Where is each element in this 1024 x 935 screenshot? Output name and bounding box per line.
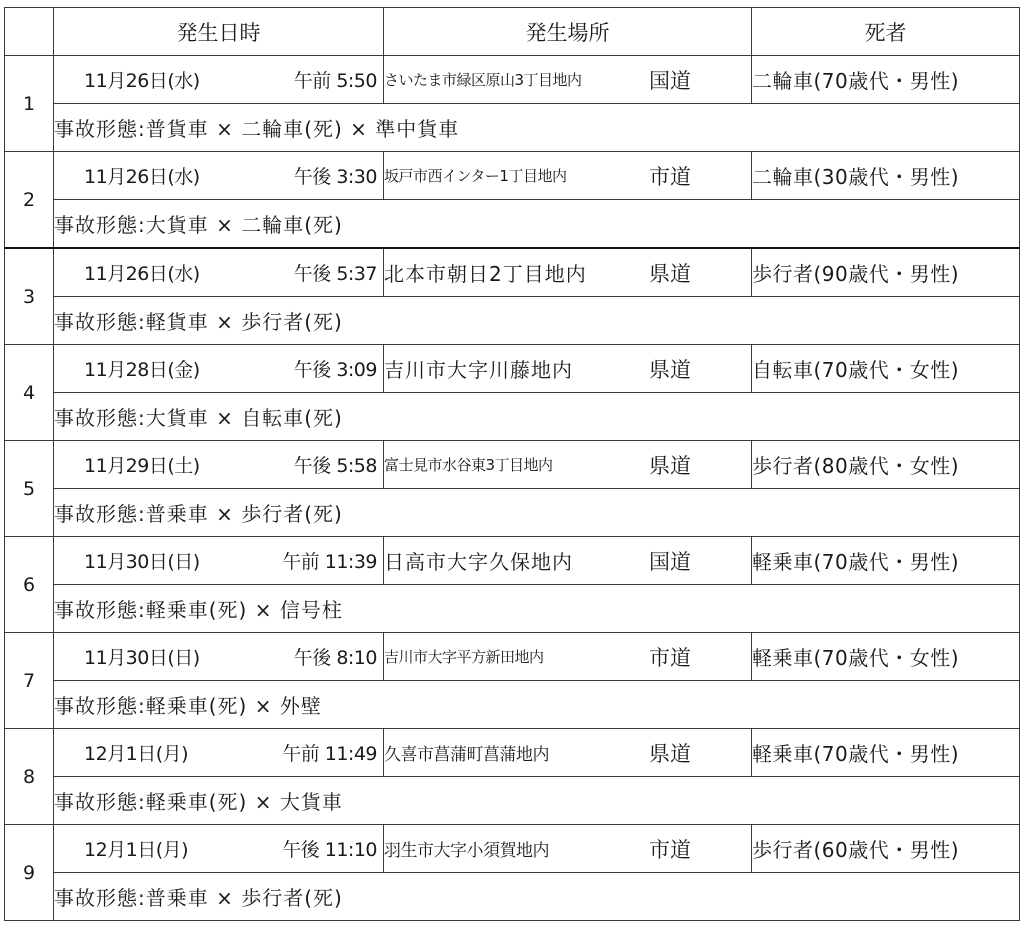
location-cell: 吉川市大字川藤地内県道 <box>384 345 752 393</box>
row-number: 7 <box>5 633 54 729</box>
accident-type: 事故形態:軽乗車(死) × 外壁 <box>54 681 1020 729</box>
accident-type-row: 事故形態:普乗車 × 歩行者(死) <box>5 489 1020 537</box>
accident-type-row: 事故形態:軽乗車(死) × 信号柱 <box>5 585 1020 633</box>
victim-cell: 二輪車(70歳代・男性) <box>752 56 1020 104</box>
road-type: 県道 <box>649 258 691 288</box>
road-type: 市道 <box>649 161 691 191</box>
accident-type: 事故形態:軽貨車 × 歩行者(死) <box>54 297 1020 345</box>
time: 午後 8:10 <box>294 643 377 670</box>
table-row: 9 12月1日(月)午後 11:10 羽生市大字小須賀地内市道 歩行者(60歳代… <box>5 825 1020 873</box>
table-row: 1 11月26日(水)午前 5:50 さいたま市緑区原山3丁目地内国道 二輪車(… <box>5 56 1020 104</box>
location-cell: 久喜市菖蒲町菖蒲地内県道 <box>384 729 752 777</box>
road-type: 国道 <box>649 546 691 576</box>
row-number: 5 <box>5 441 54 537</box>
row-number: 4 <box>5 345 54 441</box>
victim-cell: 歩行者(80歳代・女性) <box>752 441 1020 489</box>
victim-cell: 歩行者(60歳代・男性) <box>752 825 1020 873</box>
date: 12月1日(月) <box>84 835 188 862</box>
table-row: 5 11月29日(土)午後 5:58 富士見市水谷東3丁目地内県道 歩行者(80… <box>5 441 1020 489</box>
row-number: 1 <box>5 56 54 152</box>
accident-type-row: 事故形態:普貨車 × 二輪車(死) × 準中貨車 <box>5 104 1020 152</box>
date: 11月30日(日) <box>84 643 200 670</box>
accident-type-row: 事故形態:軽貨車 × 歩行者(死) <box>5 297 1020 345</box>
datetime-cell: 11月28日(金)午後 3:09 <box>54 345 384 393</box>
date: 11月26日(水) <box>84 66 200 93</box>
accident-type-row: 事故形態:軽乗車(死) × 大貨車 <box>5 777 1020 825</box>
place: 久喜市菖蒲町菖蒲地内 <box>384 740 549 765</box>
accident-type-row: 事故形態:大貨車 × 自転車(死) <box>5 393 1020 441</box>
datetime-cell: 12月1日(月)午前 11:49 <box>54 729 384 777</box>
table-row: 7 11月30日(日)午後 8:10 吉川市大字平方新田地内市道 軽乗車(70歳… <box>5 633 1020 681</box>
time: 午後 5:37 <box>294 259 377 286</box>
place: さいたま市緑区原山3丁目地内 <box>384 69 582 90</box>
date: 11月26日(水) <box>84 162 200 189</box>
place: 羽生市大字小須賀地内 <box>384 836 549 861</box>
row-number: 2 <box>5 152 54 249</box>
location-cell: 羽生市大字小須賀地内市道 <box>384 825 752 873</box>
road-type: 国道 <box>649 65 691 95</box>
date: 11月28日(金) <box>84 355 200 382</box>
time: 午後 5:58 <box>294 451 377 478</box>
incident-table: 発生日時 発生場所 死者 1 11月26日(水)午前 5:50 さいたま市緑区原… <box>4 7 1020 921</box>
table-row: 4 11月28日(金)午後 3:09 吉川市大字川藤地内県道 自転車(70歳代・… <box>5 345 1020 393</box>
victim-cell: 自転車(70歳代・女性) <box>752 345 1020 393</box>
header-datetime: 発生日時 <box>54 8 384 56</box>
time: 午前 5:50 <box>294 66 377 93</box>
location-cell: 日高市大字久保地内国道 <box>384 537 752 585</box>
row-number: 3 <box>5 248 54 345</box>
location-cell: 吉川市大字平方新田地内市道 <box>384 633 752 681</box>
datetime-cell: 11月30日(日)午前 11:39 <box>54 537 384 585</box>
date: 11月26日(水) <box>84 259 200 286</box>
time: 午前 11:39 <box>282 547 377 574</box>
place: 坂戸市西インター1丁目地内 <box>384 165 566 186</box>
table-row: 3 11月26日(水)午後 5:37 北本市朝日2丁目地内県道 歩行者(90歳代… <box>5 248 1020 297</box>
victim-cell: 歩行者(90歳代・男性) <box>752 248 1020 297</box>
accident-type: 事故形態:軽乗車(死) × 大貨車 <box>54 777 1020 825</box>
datetime-cell: 11月26日(水)午後 5:37 <box>54 248 384 297</box>
date: 11月29日(土) <box>84 451 200 478</box>
datetime-cell: 11月30日(日)午後 8:10 <box>54 633 384 681</box>
road-type: 市道 <box>649 642 691 672</box>
place: 日高市大字久保地内 <box>384 546 573 575</box>
road-type: 県道 <box>649 450 691 480</box>
accident-type: 事故形態:普乗車 × 歩行者(死) <box>54 489 1020 537</box>
place: 吉川市大字平方新田地内 <box>384 646 544 667</box>
table-header-row: 発生日時 発生場所 死者 <box>5 8 1020 56</box>
location-cell: 坂戸市西インター1丁目地内市道 <box>384 152 752 200</box>
datetime-cell: 11月26日(水)午前 5:50 <box>54 56 384 104</box>
datetime-cell: 11月29日(土)午後 5:58 <box>54 441 384 489</box>
header-no <box>5 8 54 56</box>
location-cell: 富士見市水谷東3丁目地内県道 <box>384 441 752 489</box>
date: 11月30日(日) <box>84 547 200 574</box>
row-number: 6 <box>5 537 54 633</box>
victim-cell: 軽乗車(70歳代・女性) <box>752 633 1020 681</box>
place: 富士見市水谷東3丁目地内 <box>384 454 553 475</box>
victim-cell: 軽乗車(70歳代・男性) <box>752 729 1020 777</box>
accident-type: 事故形態:大貨車 × 二輪車(死) <box>54 200 1020 249</box>
road-type: 県道 <box>649 738 691 768</box>
time: 午後 11:10 <box>282 835 377 862</box>
time: 午前 11:49 <box>282 739 377 766</box>
datetime-cell: 12月1日(月)午後 11:10 <box>54 825 384 873</box>
accident-type-row: 事故形態:軽乗車(死) × 外壁 <box>5 681 1020 729</box>
place: 北本市朝日2丁目地内 <box>384 258 587 287</box>
road-type: 県道 <box>649 354 691 384</box>
accident-type: 事故形態:軽乗車(死) × 信号柱 <box>54 585 1020 633</box>
accident-type: 事故形態:普貨車 × 二輪車(死) × 準中貨車 <box>54 104 1020 152</box>
table-row: 8 12月1日(月)午前 11:49 久喜市菖蒲町菖蒲地内県道 軽乗車(70歳代… <box>5 729 1020 777</box>
accident-type: 事故形態:大貨車 × 自転車(死) <box>54 393 1020 441</box>
place: 吉川市大字川藤地内 <box>384 354 573 383</box>
location-cell: 北本市朝日2丁目地内県道 <box>384 248 752 297</box>
row-number: 9 <box>5 825 54 921</box>
accident-type-row: 事故形態:普乗車 × 歩行者(死) <box>5 873 1020 921</box>
datetime-cell: 11月26日(水)午後 3:30 <box>54 152 384 200</box>
row-number: 8 <box>5 729 54 825</box>
date: 12月1日(月) <box>84 739 188 766</box>
road-type: 市道 <box>649 834 691 864</box>
victim-cell: 二輪車(30歳代・男性) <box>752 152 1020 200</box>
accident-type-row: 事故形態:大貨車 × 二輪車(死) <box>5 200 1020 249</box>
time: 午後 3:09 <box>294 355 377 382</box>
location-cell: さいたま市緑区原山3丁目地内国道 <box>384 56 752 104</box>
table-row: 6 11月30日(日)午前 11:39 日高市大字久保地内国道 軽乗車(70歳代… <box>5 537 1020 585</box>
header-victim: 死者 <box>752 8 1020 56</box>
time: 午後 3:30 <box>294 162 377 189</box>
header-location: 発生場所 <box>384 8 752 56</box>
accident-type: 事故形態:普乗車 × 歩行者(死) <box>54 873 1020 921</box>
victim-cell: 軽乗車(70歳代・男性) <box>752 537 1020 585</box>
table-row: 2 11月26日(水)午後 3:30 坂戸市西インター1丁目地内市道 二輪車(3… <box>5 152 1020 200</box>
table-body: 1 11月26日(水)午前 5:50 さいたま市緑区原山3丁目地内国道 二輪車(… <box>5 56 1020 921</box>
